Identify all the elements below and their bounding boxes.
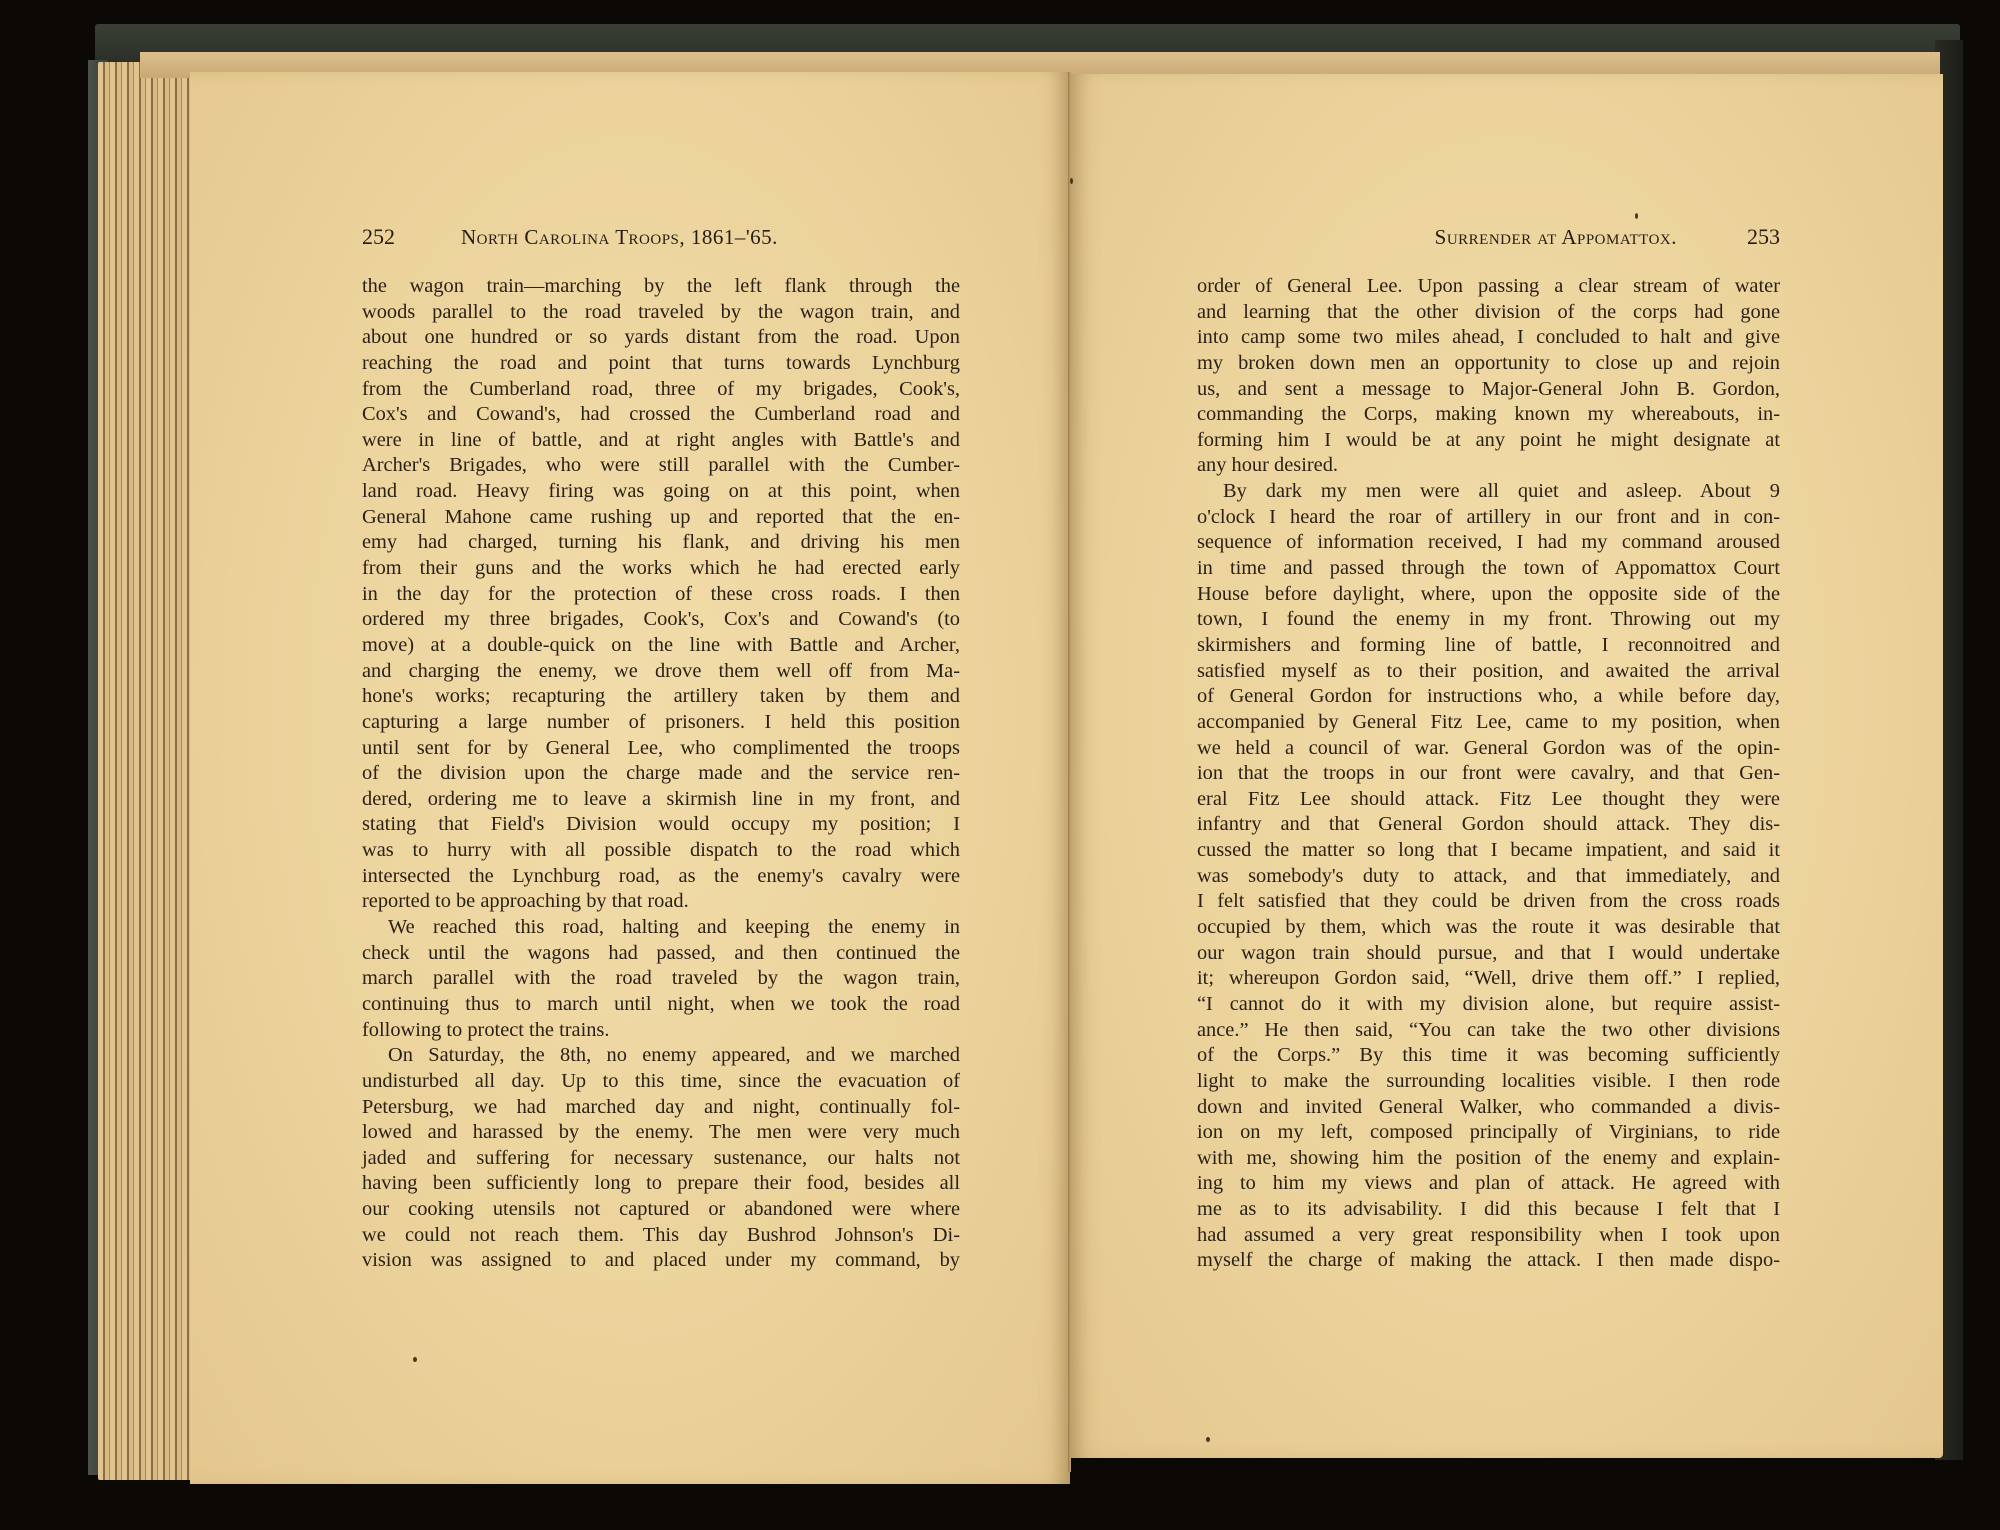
left-running-head: 252 North Carolina Troops, 1861–'65. (362, 224, 962, 254)
text-line: into camp some two miles ahead, I conclu… (1197, 325, 1780, 351)
text-line: ing to him my views and plan of attack. … (1197, 1171, 1780, 1197)
text-line: the wagon train—marching by the left fla… (362, 274, 960, 300)
text-line: we could not reach them. This day Bushro… (362, 1223, 960, 1249)
text-line: in the day for the protection of these c… (362, 582, 960, 608)
text-line: we held a council of war. General Gordon… (1197, 736, 1780, 762)
text-line: and learning that the other division of … (1197, 300, 1780, 326)
text-line: was to hurry with all possible dispatch … (362, 838, 960, 864)
text-line: light to make the surrounding localities… (1197, 1069, 1780, 1095)
text-line: “I cannot do it with my division alone, … (1197, 992, 1780, 1018)
text-line: march parallel with the road traveled by… (362, 966, 960, 992)
text-line: sequence of information received, I had … (1197, 530, 1780, 556)
text-line: eral Fitz Lee should attack. Fitz Lee th… (1197, 787, 1780, 813)
text-line: check until the wagons had passed, and t… (362, 941, 960, 967)
text-line: accompanied by General Fitz Lee, came to… (1197, 710, 1780, 736)
text-line: satisfied myself as to their position, a… (1197, 659, 1780, 685)
right-folio: 253 (1747, 224, 1780, 250)
text-line: continuing thus to march until night, wh… (362, 992, 960, 1018)
text-line: intersected the Lynchburg road, as the e… (362, 864, 960, 890)
text-line: any hour desired. (1197, 453, 1780, 479)
text-line: of the division upon the charge made and… (362, 761, 960, 787)
text-line: forming him I would be at any point he m… (1197, 428, 1780, 454)
text-line: and charging the enemy, we drove them we… (362, 659, 960, 685)
text-line: me as to its advisability. I did this be… (1197, 1197, 1780, 1223)
text-line: from the Cumberland road, three of my br… (362, 377, 960, 403)
gutter (1068, 72, 1071, 1472)
text-line: having been sufficiently long to prepare… (362, 1171, 960, 1197)
text-line: from their guns and the works which he h… (362, 556, 960, 582)
text-line: o'clock I heard the roar of artillery in… (1197, 505, 1780, 531)
text-line: hone's works; recapturing the artillery … (362, 684, 960, 710)
text-line: capturing a large number of prisoners. I… (362, 710, 960, 736)
text-line: of General Gordon for instructions who, … (1197, 684, 1780, 710)
text-line: skirmishers and forming line of battle, … (1197, 633, 1780, 659)
text-line: in time and passed through the town of A… (1197, 556, 1780, 582)
text-line: ordered my three brigades, Cook's, Cox's… (362, 607, 960, 633)
text-line: ance.” He then said, “You can take the t… (1197, 1018, 1780, 1044)
text-line: were in line of battle, and at right ang… (362, 428, 960, 454)
text-line: of the Corps.” By this time it was becom… (1197, 1043, 1780, 1069)
speck-4 (1070, 178, 1073, 184)
text-line: Petersburg, we had marched day and night… (362, 1095, 960, 1121)
text-line: jaded and suffering for necessary susten… (362, 1146, 960, 1172)
text-line: occupied by them, which was the route it… (1197, 915, 1780, 941)
speck-3 (1635, 213, 1638, 219)
text-line: ion that the troops in our front were ca… (1197, 761, 1780, 787)
text-line: down and invited General Walker, who com… (1197, 1095, 1780, 1121)
text-line: emy had charged, turning his flank, and … (362, 530, 960, 556)
text-line: it; whereupon Gordon said, “Well, drive … (1197, 966, 1780, 992)
text-line: infantry and that General Gordon should … (1197, 812, 1780, 838)
speck-2 (1206, 1437, 1210, 1442)
text-line: General Mahone came rushing up and repor… (362, 505, 960, 531)
text-line: commanding the Corps, making known my wh… (1197, 402, 1780, 428)
text-line: House before daylight, where, upon the o… (1197, 582, 1780, 608)
text-line: our cooking utensils not captured or aba… (362, 1197, 960, 1223)
text-line: undisturbed all day. Up to this time, si… (362, 1069, 960, 1095)
text-line: ion on my left, composed principally of … (1197, 1120, 1780, 1146)
text-line: Cox's and Cowand's, had crossed the Cumb… (362, 402, 960, 428)
text-line: my broken down men an opportunity to clo… (1197, 351, 1780, 377)
text-line: On Saturday, the 8th, no enemy appeared,… (362, 1043, 960, 1069)
left-page-body: the wagon train—marching by the left fla… (362, 274, 960, 1274)
text-line: stating that Field's Division would occu… (362, 812, 960, 838)
left-head-title: North Carolina Troops, 1861–'65. (461, 225, 778, 250)
text-line: reported to be approaching by that road. (362, 889, 960, 915)
text-line: dered, ordering me to leave a skirmish l… (362, 787, 960, 813)
text-line: our wagon train should pursue, and that … (1197, 941, 1780, 967)
text-line: woods parallel to the road traveled by t… (362, 300, 960, 326)
speck-1 (413, 1357, 417, 1362)
text-line: following to protect the trains. (362, 1018, 960, 1044)
text-line: vision was assigned to and placed under … (362, 1248, 960, 1274)
page-stack-edges (98, 62, 198, 1480)
right-head-title: Surrender at Appomattox. (1435, 225, 1677, 250)
text-line: with me, showing him the position of the… (1197, 1146, 1780, 1172)
left-folio: 252 (362, 224, 395, 250)
text-line: us, and sent a message to Major-General … (1197, 377, 1780, 403)
text-line: cussed the matter so long that I became … (1197, 838, 1780, 864)
text-line: had assumed a very great responsibility … (1197, 1223, 1780, 1249)
text-line: Archer's Brigades, who were still parall… (362, 453, 960, 479)
text-line: myself the charge of making the attack. … (1197, 1248, 1780, 1274)
text-line: reaching the road and point that turns t… (362, 351, 960, 377)
text-line: order of General Lee. Upon passing a cle… (1197, 274, 1780, 300)
right-page-body: order of General Lee. Upon passing a cle… (1197, 274, 1780, 1274)
text-line: land road. Heavy firing was going on at … (362, 479, 960, 505)
text-line: was somebody's duty to attack, and that … (1197, 864, 1780, 890)
text-line: about one hundred or so yards distant fr… (362, 325, 960, 351)
right-running-head: Surrender at Appomattox. 253 (1197, 224, 1780, 254)
text-line: move) at a double-quick on the line with… (362, 633, 960, 659)
text-line: town, I found the enemy in my front. Thr… (1197, 607, 1780, 633)
text-line: until sent for by General Lee, who compl… (362, 736, 960, 762)
text-line: By dark my men were all quiet and asleep… (1197, 479, 1780, 505)
text-line: lowed and harassed by the enemy. The men… (362, 1120, 960, 1146)
text-line: We reached this road, halting and keepin… (362, 915, 960, 941)
text-line: I felt satisfied that they could be driv… (1197, 889, 1780, 915)
